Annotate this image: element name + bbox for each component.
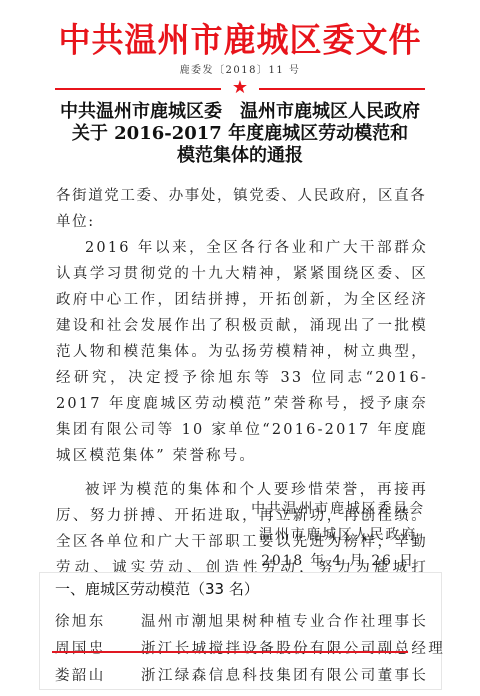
- honoree-position: 温州市潮旭果树种植专业合作社理事长: [141, 614, 428, 630]
- salutation: 各街道党工委、办事处，镇党委、人民政府，区直各单位:: [56, 183, 428, 235]
- document-number: 鹿委发〔2018〕11 号: [0, 65, 480, 77]
- honoree-position: 浙江绿森信息科技集团有限公司董事长: [141, 668, 428, 684]
- honoree-name: 娄韶山: [55, 665, 141, 687]
- red-star-icon: ★: [231, 79, 249, 97]
- honoree-name: 徐旭东: [55, 611, 141, 633]
- honoree-position: 浙江长城搅拌设备股份有限公司副总经理: [141, 641, 445, 657]
- signature-date: 2018 年 4 月 26 日: [228, 548, 448, 574]
- left-red-rule: [55, 88, 221, 90]
- signature-block: 中共温州市鹿城区委员会 温州市鹿城区人民政府 2018 年 4 月 26 日: [228, 496, 448, 574]
- list-row: 娄韶山浙江绿森信息科技集团有限公司董事长: [55, 665, 428, 687]
- title-line-2: 关于 2016-2017 年度鹿城区劳动模范和: [0, 123, 480, 145]
- title-line-3: 模范集体的通报: [0, 145, 480, 167]
- signature-org-1: 中共温州市鹿城区委员会: [228, 496, 448, 522]
- list-heading: 一、鹿城区劳动模范（33 名）: [55, 578, 259, 600]
- signature-org-2: 温州市鹿城区人民政府: [228, 522, 448, 548]
- notice-title: 中共温州市鹿城区委 温州市鹿城区人民政府 关于 2016-2017 年度鹿城区劳…: [0, 101, 480, 167]
- honoree-name: 周国忠: [55, 638, 141, 660]
- paragraph-1: 2016 年以来，全区各行各业和广大干部群众认真学习贯彻党的十九大精神，紧紧围绕…: [56, 235, 428, 469]
- list-row: 徐旭东温州市潮旭果树种植专业合作社理事长: [55, 611, 428, 633]
- right-red-rule: [259, 88, 425, 90]
- red-highlight-underline: [52, 651, 408, 653]
- list-row-highlighted: 周国忠浙江长城搅拌设备股份有限公司副总经理: [55, 638, 445, 660]
- title-line-1: 中共温州市鹿城区委 温州市鹿城区人民政府: [0, 101, 480, 123]
- document-masthead: 中共温州市鹿城区委文件: [0, 19, 480, 61]
